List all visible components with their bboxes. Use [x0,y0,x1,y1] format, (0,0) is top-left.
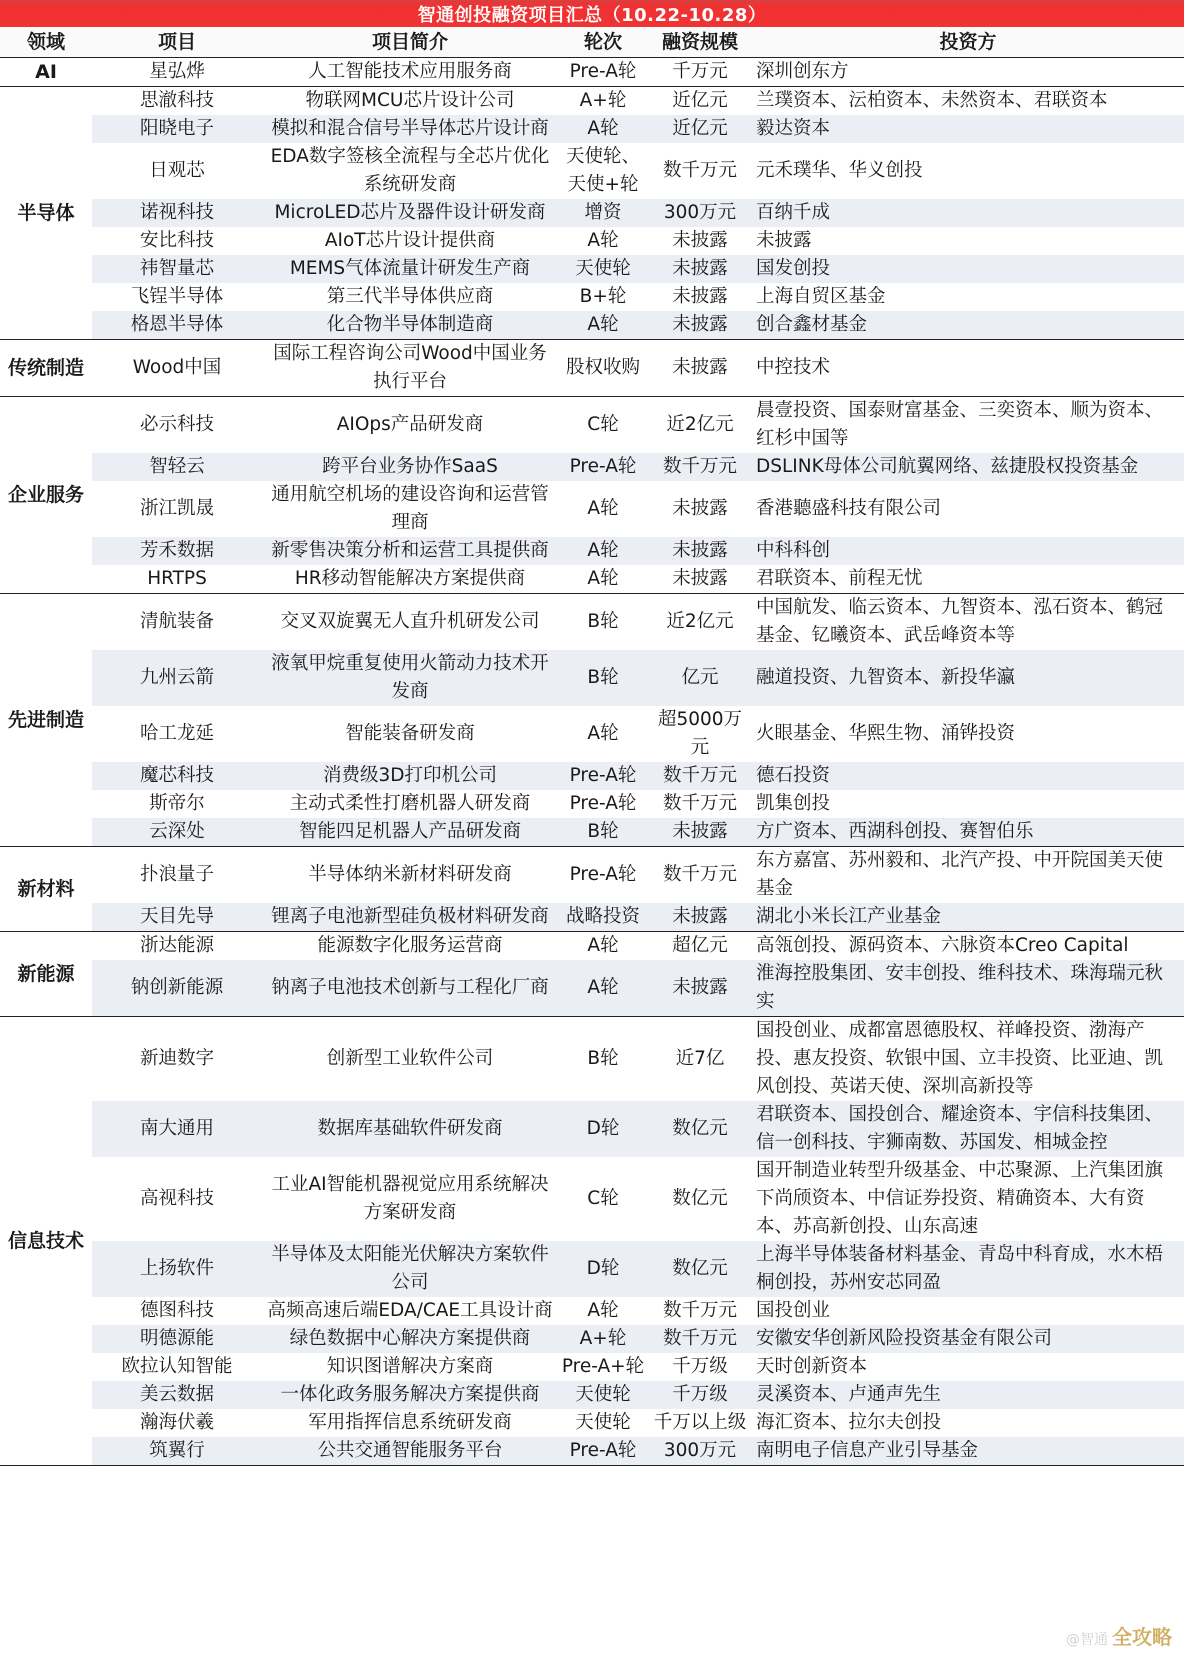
table-row: 上扬软件半导体及太阳能光伏解决方案软件公司D轮数亿元上海半导体装备材料基金、青岛… [0,1241,1184,1297]
amount-cell: 数千万元 [648,453,752,481]
project-cell: 哈工龙延 [92,706,262,762]
round-cell: A轮 [558,537,648,565]
round-cell: 天使轮 [558,1409,648,1437]
intro-cell: 模拟和混合信号半导体芯片设计商 [262,115,558,143]
round-cell: B轮 [558,1017,648,1102]
investors-cell: 国投创业 [752,1297,1184,1325]
report-title: 智通创投融资项目汇总（10.22-10.28） [418,1,767,27]
table-row: 高视科技工业AI智能机器视觉应用系统解决方案研发商C轮数亿元国开制造业转型升级基… [0,1157,1184,1241]
investors-cell: 灵溪资本、卢通声先生 [752,1381,1184,1409]
project-cell: 必示科技 [92,397,262,454]
round-cell: 天使轮、天使+轮 [558,143,648,199]
round-cell: Pre-A轮 [558,453,648,481]
amount-cell: 未披露 [648,903,752,932]
investors-cell: 上海自贸区基金 [752,283,1184,311]
project-cell: 上扬软件 [92,1241,262,1297]
intro-cell: 绿色数据中心解决方案提供商 [262,1325,558,1353]
project-cell: 高视科技 [92,1157,262,1241]
table-row: 日观芯EDA数字签核全流程与全芯片优化系统研发商天使轮、天使+轮数千万元元禾璞华… [0,143,1184,199]
table-row: 格恩半导体化合物半导体制造商A轮未披露创合鑫材基金 [0,311,1184,340]
amount-cell: 千万元 [648,58,752,87]
investors-cell: 兰璞资本、沄柏资本、未然资本、君联资本 [752,87,1184,116]
table-row: 半导体思澈科技物联网MCU芯片设计公司A+轮近亿元兰璞资本、沄柏资本、未然资本、… [0,87,1184,116]
intro-cell: 通用航空机场的建设咨询和运营管理商 [262,481,558,537]
project-cell: 瀚海伏羲 [92,1409,262,1437]
round-cell: 天使轮 [558,1381,648,1409]
round-cell: C轮 [558,397,648,454]
table-row: 九州云箭液氧甲烷重复使用火箭动力技术开发商B轮亿元融道投资、九智资本、新投华瀛 [0,650,1184,706]
project-cell: 芳禾数据 [92,537,262,565]
intro-cell: 钠离子电池技术创新与工程化厂商 [262,960,558,1017]
intro-cell: 智能四足机器人产品研发商 [262,818,558,847]
amount-cell: 未披露 [648,481,752,537]
intro-cell: 物联网MCU芯片设计公司 [262,87,558,116]
round-cell: 增资 [558,199,648,227]
table-row: 美云数据一体化政务服务解决方案提供商天使轮千万级灵溪资本、卢通声先生 [0,1381,1184,1409]
investors-cell: DSLINK母体公司航翼网络、兹捷股权投资基金 [752,453,1184,481]
project-cell: 德图科技 [92,1297,262,1325]
intro-cell: HR移动智能解决方案提供商 [262,565,558,594]
table-header-row: 领域 项目 项目简介 轮次 融资规模 投资方 [0,27,1184,58]
investors-cell: 天时创新资本 [752,1353,1184,1381]
project-cell: 日观芯 [92,143,262,199]
intro-cell: 一体化政务服务解决方案提供商 [262,1381,558,1409]
amount-cell: 未披露 [648,537,752,565]
project-cell: 格恩半导体 [92,311,262,340]
project-cell: 飞锃半导体 [92,283,262,311]
project-cell: 美云数据 [92,1381,262,1409]
table-row: 智轻云跨平台业务协作SaaSPre-A轮数千万元DSLINK母体公司航翼网络、兹… [0,453,1184,481]
intro-cell: 高频高速后端EDA/CAE工具设计商 [262,1297,558,1325]
intro-cell: 锂离子电池新型硅负极材料研发商 [262,903,558,932]
amount-cell: 未披露 [648,818,752,847]
round-cell: Pre-A+轮 [558,1353,648,1381]
amount-cell: 数千万元 [648,762,752,790]
intro-cell: 化合物半导体制造商 [262,311,558,340]
table-row: 新能源浙达能源能源数字化服务运营商A轮超亿元高瓴创投、源码资本、六脉资本Creo… [0,932,1184,961]
intro-cell: MEMS气体流量计研发生产商 [262,255,558,283]
header-investors: 投资方 [752,27,1184,58]
amount-cell: 千万级 [648,1353,752,1381]
table-row: 瀚海伏羲军用指挥信息系统研发商天使轮千万以上级海汇资本、拉尔夫创投 [0,1409,1184,1437]
amount-cell: 数千万元 [648,1297,752,1325]
table-row: 德图科技高频高速后端EDA/CAE工具设计商A轮数千万元国投创业 [0,1297,1184,1325]
table-row: 魔芯科技消费级3D打印机公司Pre-A轮数千万元德石投资 [0,762,1184,790]
round-cell: 战略投资 [558,903,648,932]
domain-cell: 先进制造 [0,594,92,847]
watermark-text: 全攻略 [1112,1625,1172,1649]
project-cell: 星弘烨 [92,58,262,87]
round-cell: Pre-A轮 [558,58,648,87]
intro-cell: AIoT芯片设计提供商 [262,227,558,255]
amount-cell: 数千万元 [648,143,752,199]
domain-cell: 新材料 [0,847,92,932]
table-row: 天目先导锂离子电池新型硅负极材料研发商战略投资未披露湖北小米长江产业基金 [0,903,1184,932]
round-cell: A轮 [558,481,648,537]
domain-cell: 半导体 [0,87,92,340]
table-row: 安比科技AIoT芯片设计提供商A轮未披露未披露 [0,227,1184,255]
investors-cell: 晨壹投资、国泰财富基金、三奕资本、顺为资本、红杉中国等 [752,397,1184,454]
intro-cell: 能源数字化服务运营商 [262,932,558,961]
investors-cell: 中控技术 [752,340,1184,397]
header-domain: 领域 [0,27,92,58]
header-amount: 融资规模 [648,27,752,58]
amount-cell: 千万以上级 [648,1409,752,1437]
project-cell: 诺视科技 [92,199,262,227]
round-cell: 天使轮 [558,255,648,283]
amount-cell: 超亿元 [648,932,752,961]
round-cell: A轮 [558,932,648,961]
project-cell: 思澈科技 [92,87,262,116]
investors-cell: 百纳千成 [752,199,1184,227]
round-cell: A+轮 [558,1325,648,1353]
amount-cell: 未披露 [648,255,752,283]
table-row: 飞锃半导体第三代半导体供应商B+轮未披露上海自贸区基金 [0,283,1184,311]
domain-cell: 新能源 [0,932,92,1017]
amount-cell: 数亿元 [648,1101,752,1157]
investors-cell: 中国航发、临云资本、九智资本、泓石资本、鹤冠基金、钇曦资本、武岳峰资本等 [752,594,1184,651]
project-cell: 浙达能源 [92,932,262,961]
investors-cell: 国开制造业转型升级基金、中芯聚源、上汽集团旗下尚颀资本、中信证券投资、精确资本、… [752,1157,1184,1241]
table-row: 传统制造Wood中国国际工程咨询公司Wood中国业务执行平台股权收购未披露中控技… [0,340,1184,397]
intro-cell: AIOps产品研发商 [262,397,558,454]
round-cell: Pre-A轮 [558,1437,648,1466]
round-cell: 股权收购 [558,340,648,397]
domain-cell: AI [0,58,92,87]
investors-cell: 君联资本、国投创合、耀途资本、宇信科技集团、信一创科技、宇狮南数、苏国发、相城金… [752,1101,1184,1157]
amount-cell: 超5000万元 [648,706,752,762]
project-cell: 祎智量芯 [92,255,262,283]
table-row: AI星弘烨人工智能技术应用服务商Pre-A轮千万元深圳创东方 [0,58,1184,87]
round-cell: Pre-A轮 [558,847,648,904]
project-cell: 斯帝尔 [92,790,262,818]
intro-cell: 新零售决策分析和运营工具提供商 [262,537,558,565]
intro-cell: 第三代半导体供应商 [262,283,558,311]
round-cell: A轮 [558,960,648,1017]
table-row: 南大通用数据库基础软件研发商D轮数亿元君联资本、国投创合、耀途资本、宇信科技集团… [0,1101,1184,1157]
investors-cell: 火眼基金、华熙生物、涌铧投资 [752,706,1184,762]
header-round: 轮次 [558,27,648,58]
intro-cell: 创新型工业软件公司 [262,1017,558,1102]
table-row: 浙江凯晟通用航空机场的建设咨询和运营管理商A轮未披露香港聽盛科技有限公司 [0,481,1184,537]
project-cell: 钠创新能源 [92,960,262,1017]
investors-cell: 君联资本、前程无忧 [752,565,1184,594]
round-cell: B轮 [558,650,648,706]
round-cell: A轮 [558,706,648,762]
intro-cell: EDA数字签核全流程与全芯片优化系统研发商 [262,143,558,199]
table-row: 筑翼行公共交通智能服务平台Pre-A轮300万元南明电子信息产业引导基金 [0,1437,1184,1466]
investors-cell: 东方嘉富、苏州毅和、北汽产投、中开院国美天使基金 [752,847,1184,904]
table-row: 云深处智能四足机器人产品研发商B轮未披露方广资本、西湖科创投、赛智伯乐 [0,818,1184,847]
round-cell: B轮 [558,818,648,847]
investors-cell: 毅达资本 [752,115,1184,143]
table-row: 阳晓电子模拟和混合信号半导体芯片设计商A轮近亿元毅达资本 [0,115,1184,143]
project-cell: 九州云箭 [92,650,262,706]
project-cell: 新迪数字 [92,1017,262,1102]
amount-cell: 千万级 [648,1381,752,1409]
table-row: 哈工龙延智能装备研发商A轮超5000万元火眼基金、华熙生物、涌铧投资 [0,706,1184,762]
intro-cell: 交叉双旋翼无人直升机研发公司 [262,594,558,651]
project-cell: HRTPS [92,565,262,594]
round-cell: Pre-A轮 [558,790,648,818]
investors-cell: 元禾璞华、华义创投 [752,143,1184,199]
intro-cell: 工业AI智能机器视觉应用系统解决方案研发商 [262,1157,558,1241]
amount-cell: 数千万元 [648,847,752,904]
project-cell: 筑翼行 [92,1437,262,1466]
intro-cell: 公共交通智能服务平台 [262,1437,558,1466]
amount-cell: 未披露 [648,311,752,340]
round-cell: A轮 [558,1297,648,1325]
amount-cell: 近7亿 [648,1017,752,1102]
table-row: 新材料扑浪量子半导体纳米新材料研发商Pre-A轮数千万元东方嘉富、苏州毅和、北汽… [0,847,1184,904]
table-row: HRTPSHR移动智能解决方案提供商A轮未披露君联资本、前程无忧 [0,565,1184,594]
investors-cell: 方广资本、西湖科创投、赛智伯乐 [752,818,1184,847]
header-intro: 项目简介 [262,27,558,58]
intro-cell: 人工智能技术应用服务商 [262,58,558,87]
table-row: 企业服务必示科技AIOps产品研发商C轮近2亿元晨壹投资、国泰财富基金、三奕资本… [0,397,1184,454]
round-cell: A轮 [558,227,648,255]
project-cell: 南大通用 [92,1101,262,1157]
amount-cell: 数亿元 [648,1241,752,1297]
report-title-bar: 智通创投融资项目汇总（10.22-10.28） [0,0,1184,27]
intro-cell: 半导体及太阳能光伏解决方案软件公司 [262,1241,558,1297]
investors-cell: 国投创业、成都富恩德股权、祥峰投资、渤海产投、惠友投资、软银中国、立丰投资、比亚… [752,1017,1184,1102]
amount-cell: 近2亿元 [648,397,752,454]
investors-cell: 融道投资、九智资本、新投华瀛 [752,650,1184,706]
investors-cell: 南明电子信息产业引导基金 [752,1437,1184,1466]
round-cell: Pre-A轮 [558,762,648,790]
investors-cell: 香港聽盛科技有限公司 [752,481,1184,537]
project-cell: 天目先导 [92,903,262,932]
round-cell: A轮 [558,311,648,340]
project-cell: 阳晓电子 [92,115,262,143]
investors-cell: 凯集创投 [752,790,1184,818]
table-row: 祎智量芯MEMS气体流量计研发生产商天使轮未披露国发创投 [0,255,1184,283]
project-cell: 云深处 [92,818,262,847]
round-cell: A轮 [558,115,648,143]
project-cell: 魔芯科技 [92,762,262,790]
intro-cell: 消费级3D打印机公司 [262,762,558,790]
amount-cell: 数千万元 [648,790,752,818]
intro-cell: 智能装备研发商 [262,706,558,762]
investors-cell: 未披露 [752,227,1184,255]
amount-cell: 未披露 [648,340,752,397]
amount-cell: 未披露 [648,227,752,255]
amount-cell: 300万元 [648,1437,752,1466]
amount-cell: 未披露 [648,565,752,594]
table-row: 信息技术新迪数字创新型工业软件公司B轮近7亿国投创业、成都富恩德股权、祥峰投资、… [0,1017,1184,1102]
round-cell: A+轮 [558,87,648,116]
project-cell: 欧拉认知智能 [92,1353,262,1381]
project-cell: 浙江凯晟 [92,481,262,537]
intro-cell: 半导体纳米新材料研发商 [262,847,558,904]
project-cell: 智轻云 [92,453,262,481]
domain-cell: 企业服务 [0,397,92,594]
investors-cell: 淮海控股集团、安丰创投、维科技术、珠海瑞元秋实 [752,960,1184,1017]
investors-cell: 中科科创 [752,537,1184,565]
investors-cell: 安徽安华创新风险投资基金有限公司 [752,1325,1184,1353]
intro-cell: 知识图谱解决方案商 [262,1353,558,1381]
project-cell: Wood中国 [92,340,262,397]
amount-cell: 亿元 [648,650,752,706]
header-project: 项目 [92,27,262,58]
investors-cell: 德石投资 [752,762,1184,790]
amount-cell: 未披露 [648,960,752,1017]
round-cell: A轮 [558,565,648,594]
project-cell: 明德源能 [92,1325,262,1353]
investors-cell: 深圳创东方 [752,58,1184,87]
project-cell: 清航装备 [92,594,262,651]
amount-cell: 数千万元 [648,1325,752,1353]
amount-cell: 近2亿元 [648,594,752,651]
intro-cell: MicroLED芯片及器件设计研发商 [262,199,558,227]
table-row: 先进制造清航装备交叉双旋翼无人直升机研发公司B轮近2亿元中国航发、临云资本、九智… [0,594,1184,651]
amount-cell: 数亿元 [648,1157,752,1241]
investors-cell: 高瓴创投、源码资本、六脉资本Creo Capital [752,932,1184,961]
intro-cell: 数据库基础软件研发商 [262,1101,558,1157]
investors-cell: 创合鑫材基金 [752,311,1184,340]
project-cell: 安比科技 [92,227,262,255]
project-cell: 扑浪量子 [92,847,262,904]
investors-cell: 国发创投 [752,255,1184,283]
round-cell: B+轮 [558,283,648,311]
table-row: 芳禾数据新零售决策分析和运营工具提供商A轮未披露中科科创 [0,537,1184,565]
round-cell: D轮 [558,1101,648,1157]
round-cell: B轮 [558,594,648,651]
intro-cell: 液氧甲烷重复使用火箭动力技术开发商 [262,650,558,706]
investors-cell: 湖北小米长江产业基金 [752,903,1184,932]
amount-cell: 300万元 [648,199,752,227]
investors-cell: 海汇资本、拉尔夫创投 [752,1409,1184,1437]
table-row: 诺视科技MicroLED芯片及器件设计研发商增资300万元百纳千成 [0,199,1184,227]
table-row: 钠创新能源钠离子电池技术创新与工程化厂商A轮未披露淮海控股集团、安丰创投、维科技… [0,960,1184,1017]
domain-cell: 信息技术 [0,1017,92,1466]
amount-cell: 近亿元 [648,115,752,143]
table-row: 欧拉认知智能知识图谱解决方案商Pre-A+轮千万级天时创新资本 [0,1353,1184,1381]
watermark: @智通全攻略 [1066,1621,1172,1650]
round-cell: C轮 [558,1157,648,1241]
watermark-prefix: @智通 [1066,1632,1108,1648]
investors-cell: 上海半导体装备材料基金、青岛中科育成，水木梧桐创投，苏州安芯同盈 [752,1241,1184,1297]
table-row: 斯帝尔主动式柔性打磨机器人研发商Pre-A轮数千万元凯集创投 [0,790,1184,818]
intro-cell: 国际工程咨询公司Wood中国业务执行平台 [262,340,558,397]
intro-cell: 主动式柔性打磨机器人研发商 [262,790,558,818]
table-row: 明德源能绿色数据中心解决方案提供商A+轮数千万元安徽安华创新风险投资基金有限公司 [0,1325,1184,1353]
round-cell: D轮 [558,1241,648,1297]
amount-cell: 未披露 [648,283,752,311]
table-body: AI星弘烨人工智能技术应用服务商Pre-A轮千万元深圳创东方半导体思澈科技物联网… [0,58,1184,1466]
intro-cell: 军用指挥信息系统研发商 [262,1409,558,1437]
amount-cell: 近亿元 [648,87,752,116]
domain-cell: 传统制造 [0,340,92,397]
intro-cell: 跨平台业务协作SaaS [262,453,558,481]
financing-table: 领域 项目 项目简介 轮次 融资规模 投资方 AI星弘烨人工智能技术应用服务商P… [0,27,1184,1466]
